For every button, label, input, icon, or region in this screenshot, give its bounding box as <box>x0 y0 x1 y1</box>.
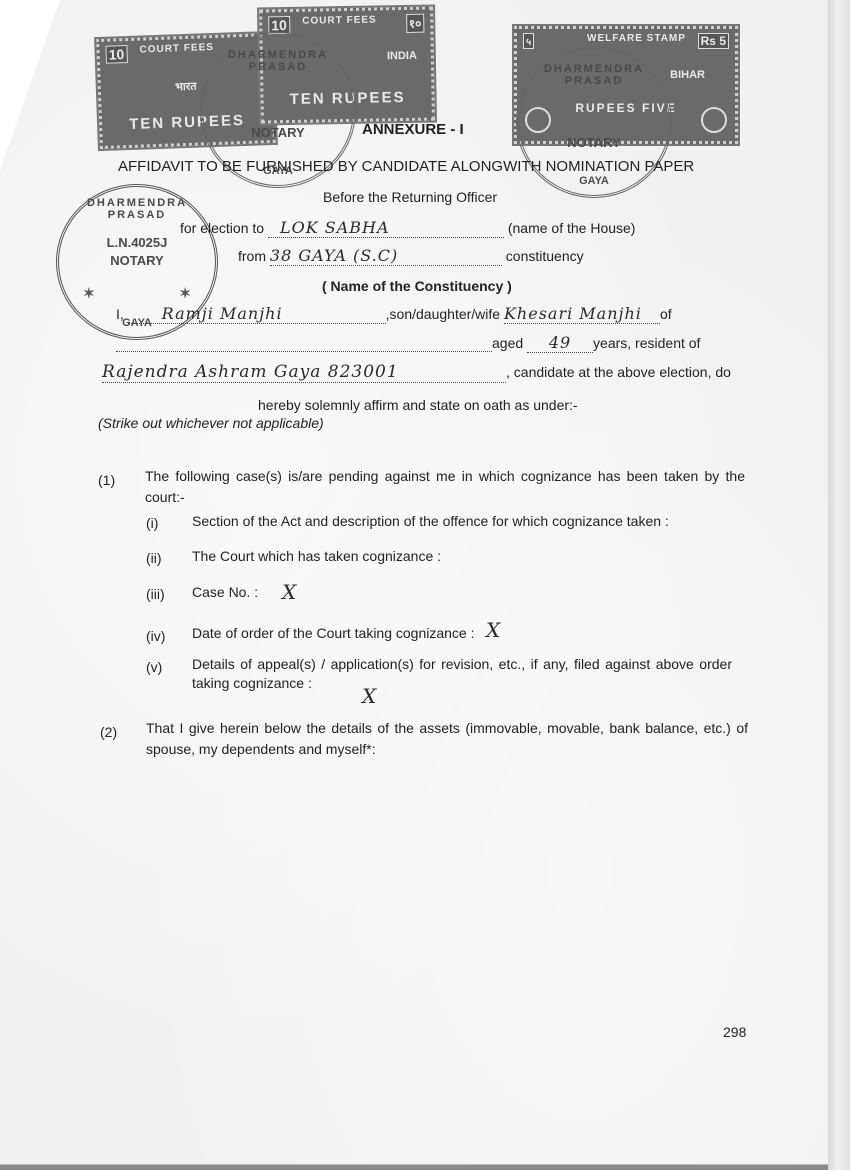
relation-value: Khesari Manjhi <box>504 304 642 323</box>
constituency-field: 38 GAYA (S.C) <box>270 246 502 266</box>
stamp-hindi-numeral: १० <box>406 14 425 33</box>
chakra-icon <box>701 107 727 133</box>
address-value: Rajendra Ashram Gaya 823001 <box>102 362 399 382</box>
section1-item-num: (iii) <box>146 586 165 602</box>
section1-item-num: (iv) <box>146 628 165 644</box>
constituency-value: 38 GAYA (S.C) <box>270 246 398 265</box>
appeal-answer: X <box>362 684 377 708</box>
star-icon: ✶ <box>83 285 95 302</box>
candidate-text: , candidate at the above election, do <box>506 364 731 380</box>
section2-number: (2) <box>100 724 117 740</box>
years-label: years, resident of <box>593 335 700 351</box>
star-icon: ✶ <box>179 285 191 302</box>
annexure-title: ANNEXURE - I <box>362 121 464 138</box>
section1-item-num: (v) <box>146 659 162 675</box>
stamp-denomination: 10 <box>105 45 127 64</box>
affidavit-heading: AFFIDAVIT TO BE FURNISHED BY CANDIDATE A… <box>118 158 694 175</box>
address-field: Rajendra Ashram Gaya 823001 <box>102 362 506 383</box>
section1-number: (1) <box>98 472 115 488</box>
election-value: LOK SABHA <box>280 218 390 237</box>
strike-note: (Strike out whichever not applicable) <box>98 415 324 431</box>
stamp-hindi-denomination: ५ <box>523 33 534 49</box>
section1-item-label: Date of order of the Court taking cogniz… <box>192 625 475 641</box>
age-value: 49 <box>549 333 571 352</box>
section1-item-label: Details of appeal(s) / application(s) fo… <box>192 655 732 693</box>
relation-label: ,son/daughter/wife <box>386 306 500 322</box>
from-suffix: constituency <box>506 248 584 264</box>
election-suffix: (name of the House) <box>508 220 636 236</box>
returning-officer-line: Before the Returning Officer <box>323 189 497 205</box>
section1-item-num: (i) <box>146 515 158 531</box>
section1-text: The following case(s) is/are pending aga… <box>145 466 745 508</box>
age-line: aged 49years, resident of <box>116 333 700 353</box>
blank-field <box>116 335 492 352</box>
name-prefix: I, <box>116 306 124 322</box>
scanner-edge <box>828 0 850 1170</box>
relation-field: Khesari Manjhi <box>504 304 660 324</box>
of-label: of <box>660 306 672 322</box>
affirm-text: hereby solemnly affirm and state on oath… <box>258 397 578 413</box>
stamp-denomination: Rs 5 <box>698 33 729 49</box>
age-field: 49 <box>527 333 593 353</box>
stamp-header: COURT FEES <box>302 14 377 26</box>
address-line: Rajendra Ashram Gaya 823001, candidate a… <box>102 362 731 383</box>
section1-item-label: The Court which has taken cognizance : <box>192 548 441 564</box>
election-field: LOK SABHA <box>268 218 504 238</box>
section1-item-label: Section of the Act and description of th… <box>192 513 669 529</box>
election-prefix: for election to <box>180 220 264 236</box>
case-no-answer: X <box>282 580 297 604</box>
name-value: Ramji Manjhi <box>162 304 283 323</box>
order-date-answer: X <box>486 618 501 642</box>
section1-item-num: (ii) <box>146 550 162 566</box>
name-line: I, Ramji Manjhi,son/daughter/wife Khesar… <box>116 304 672 324</box>
seal-title: NOTARY <box>59 253 215 268</box>
affidavit-page: 10 COURT FEES भारत TEN RUPEES 10 COURT F… <box>0 0 829 1165</box>
constituency-line: from 38 GAYA (S.C) constituency <box>238 246 584 266</box>
from-prefix: from <box>238 248 266 264</box>
name-field: Ramji Manjhi <box>128 304 386 324</box>
page-number: 298 <box>723 1024 746 1040</box>
aged-label: aged <box>492 335 523 351</box>
election-line: for election to LOK SABHA (name of the H… <box>180 218 635 238</box>
section2-text: That I give herein below the details of … <box>146 718 748 760</box>
section1-item-label: Case No. : <box>192 584 258 600</box>
notary-seal-stamp-2: DHARMENDRA PRASAD NOTARY GAYA <box>516 46 672 198</box>
stamp-header: WELFARE STAMP <box>587 33 686 44</box>
constituency-caption: ( Name of the Constituency ) <box>322 278 512 294</box>
page-corner-fold <box>0 0 60 170</box>
